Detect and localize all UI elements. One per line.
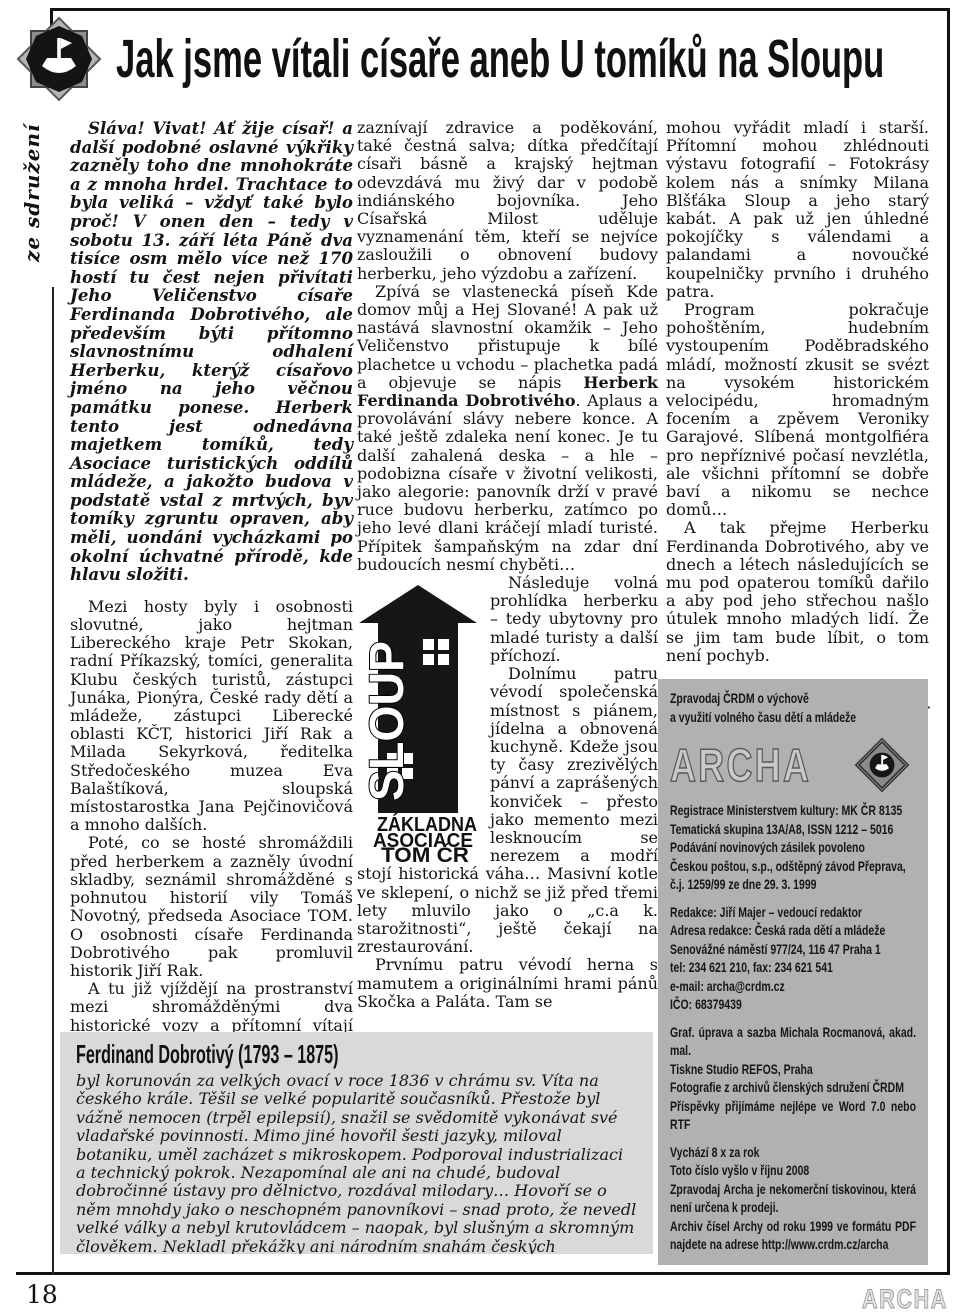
imprint-line-email: e-mail: archa@crdm.cz (670, 977, 916, 996)
masthead-line: Zpravodaj ČRDM o výchově (670, 689, 916, 708)
imprint-line: č.j. 1259/99 ze dne 29. 3. 1999 (670, 875, 916, 894)
imprint-line: Českou poštou, s.p., odštěpný závod Přep… (670, 857, 916, 876)
bio-box: Ferdinand Dobrotivý (1793 – 1875) byl ko… (60, 1032, 653, 1254)
imprint-line: Adresa redakce: Česká rada dětí a mládež… (670, 921, 916, 940)
bio-heading: Ferdinand Dobrotivý (1793 – 1875) (76, 1039, 338, 1070)
production-group: Graf. úprava a sazba Michala Rocmanová, … (670, 1023, 916, 1134)
imprint-logo-row: ARCHA (670, 735, 916, 795)
sloup-vertical-word: SLOUP (361, 641, 414, 801)
column-middle: zaznívají zdravice a poděkování, také če… (357, 119, 658, 1011)
registration-group: Registrace Ministerstvem kultury: MK ČR … (670, 801, 916, 894)
imprint-line-archive-url: Archiv čísel Archy od roku 1999 ve formá… (670, 1217, 916, 1254)
left-column-rule (52, 287, 54, 1275)
imprint-line: Podávání novinových zásilek povoleno (670, 838, 916, 857)
sloup-base-logo-image: SLOUP ZÁKLADNA ASOCIACE TOM ČR (357, 577, 479, 863)
imprint-line: Vychází 8 x za rok (670, 1143, 916, 1162)
imprint-line: Tiskne Studio REFOS, Praha (670, 1060, 916, 1079)
imprint-line: Příspěvky přijímáme nejlépe ve Word 7.0 … (670, 1097, 916, 1134)
crdm-stamp-icon (851, 734, 913, 796)
magazine-page: Jak jsme vítali císaře aneb U tomíků na … (0, 0, 960, 1315)
paragraph: Poté, co se hosté shromáždili před herbe… (70, 834, 353, 980)
title-bar: Jak jsme vítali císaře aneb U tomíků na … (116, 26, 946, 98)
imprint-infobox: Zpravodaj ČRDM o výchově a využití volné… (658, 679, 928, 1265)
paragraph: Mezi hosty byly i osobnosti slovutné, ja… (70, 598, 353, 835)
lead-paragraph: Sláva! Vivat! Ať žije císař! a další pod… (70, 119, 353, 584)
bio-body: byl korunován za velkých ovací v roce 18… (76, 1072, 637, 1254)
archa-logotype: ARCHA (670, 738, 811, 792)
masthead: Zpravodaj ČRDM o výchově a využití volné… (670, 689, 916, 726)
cover-credit: Foto na přední obálce: Pavel Drábek, Jun… (670, 1263, 916, 1266)
imprint-line: tel: 234 621 210, fax: 234 621 541 (670, 958, 916, 977)
imprint-line: Fotografie z archivů členských sdružení … (670, 1078, 916, 1097)
imprint-line: Toto číslo vyšlo v říjnu 2008 (670, 1161, 916, 1180)
paragraph-text: . Aplaus a provolávání slávy nebere konc… (357, 391, 658, 574)
paragraph: Prvnímu patru vévodí herna s mamutem a o… (357, 956, 658, 1011)
paragraph: A tak přejme Herberku Ferdinanda Dobroti… (666, 519, 929, 665)
imprint-line: Redakce: Jiří Majer – vedoucí redaktor (670, 903, 916, 922)
paragraph: Program pokračuje pohoštěním, hudebním v… (666, 301, 929, 519)
column-left: Sláva! Vivat! Ať žije císař! a další pod… (70, 119, 353, 1089)
page-title: Jak jsme vítali císaře aneb U tomíků na … (116, 26, 647, 92)
imprint-line: Graf. úprava a sazba Michala Rocmanová, … (670, 1023, 916, 1060)
imprint-content: Registrace Ministerstvem kultury: MK ČR … (670, 801, 916, 1265)
masthead-line: a využití volného času dětí a mládeže (670, 708, 916, 727)
right-border-rule (947, 8, 950, 1275)
publication-group: Vychází 8 x za rok Toto číslo vyšlo v ří… (670, 1143, 916, 1254)
page-number: 18 (26, 1280, 58, 1309)
archa-watermark: ARCHA (862, 1284, 948, 1315)
editorial-group: Redakce: Jiří Majer – vedoucí redaktor A… (670, 903, 916, 1014)
sloup-caption-line: TOM ČR (381, 843, 469, 863)
imprint-line: Senovážné náměstí 977/24, 116 47 Praha 1 (670, 940, 916, 959)
imprint-line: Zpravodaj Archa je nekomerční tiskovinou… (670, 1180, 916, 1217)
imprint-line: IČO: 68379439 (670, 995, 916, 1014)
paragraph-with-bold: Zpívá se vlastenecká píseň Kde domov můj… (357, 283, 658, 574)
imprint-content: Zpravodaj ČRDM o výchově a využití volné… (670, 689, 916, 726)
column-right: mohou vyřádit mladí i starší. Přítomní m… (666, 119, 929, 757)
archa-star-logo-icon (14, 14, 104, 104)
paragraph: mohou vyřádit mladí i starší. Přítomní m… (666, 119, 929, 301)
imprint-line: Registrace Ministerstvem kultury: MK ČR … (670, 801, 916, 820)
imprint-line: Tematická skupina 13A/A8, ISSN 1212 – 50… (670, 820, 916, 839)
paragraph: zaznívají zdravice a poděkování, také če… (357, 119, 658, 283)
top-border-rule (50, 8, 950, 11)
section-label: ze sdružení (20, 122, 44, 262)
bottom-border-rule (16, 1272, 950, 1275)
